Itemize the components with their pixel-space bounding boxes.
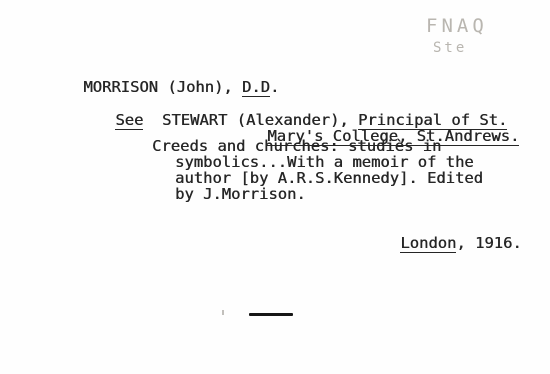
catalogue-card: FNAQ Ste MORRISON (John), D.D. See STEWA… [0,0,550,374]
heading-name: MORRISON (John), [83,78,242,96]
imprint-place-underlined: London [400,234,456,253]
imprint-line: London, 1916. [363,218,522,269]
pencil-mark-line2: Ste [433,40,467,57]
bottom-dash-mark [249,313,293,316]
note-line4: by J.Morrison. [175,186,306,203]
see-word: See [115,111,143,130]
pencil-mark-line1: FNAQ [426,18,488,35]
pencil-tick-mark [222,310,224,315]
heading-period: . [270,78,279,96]
imprint-date: , 1916. [456,234,521,252]
